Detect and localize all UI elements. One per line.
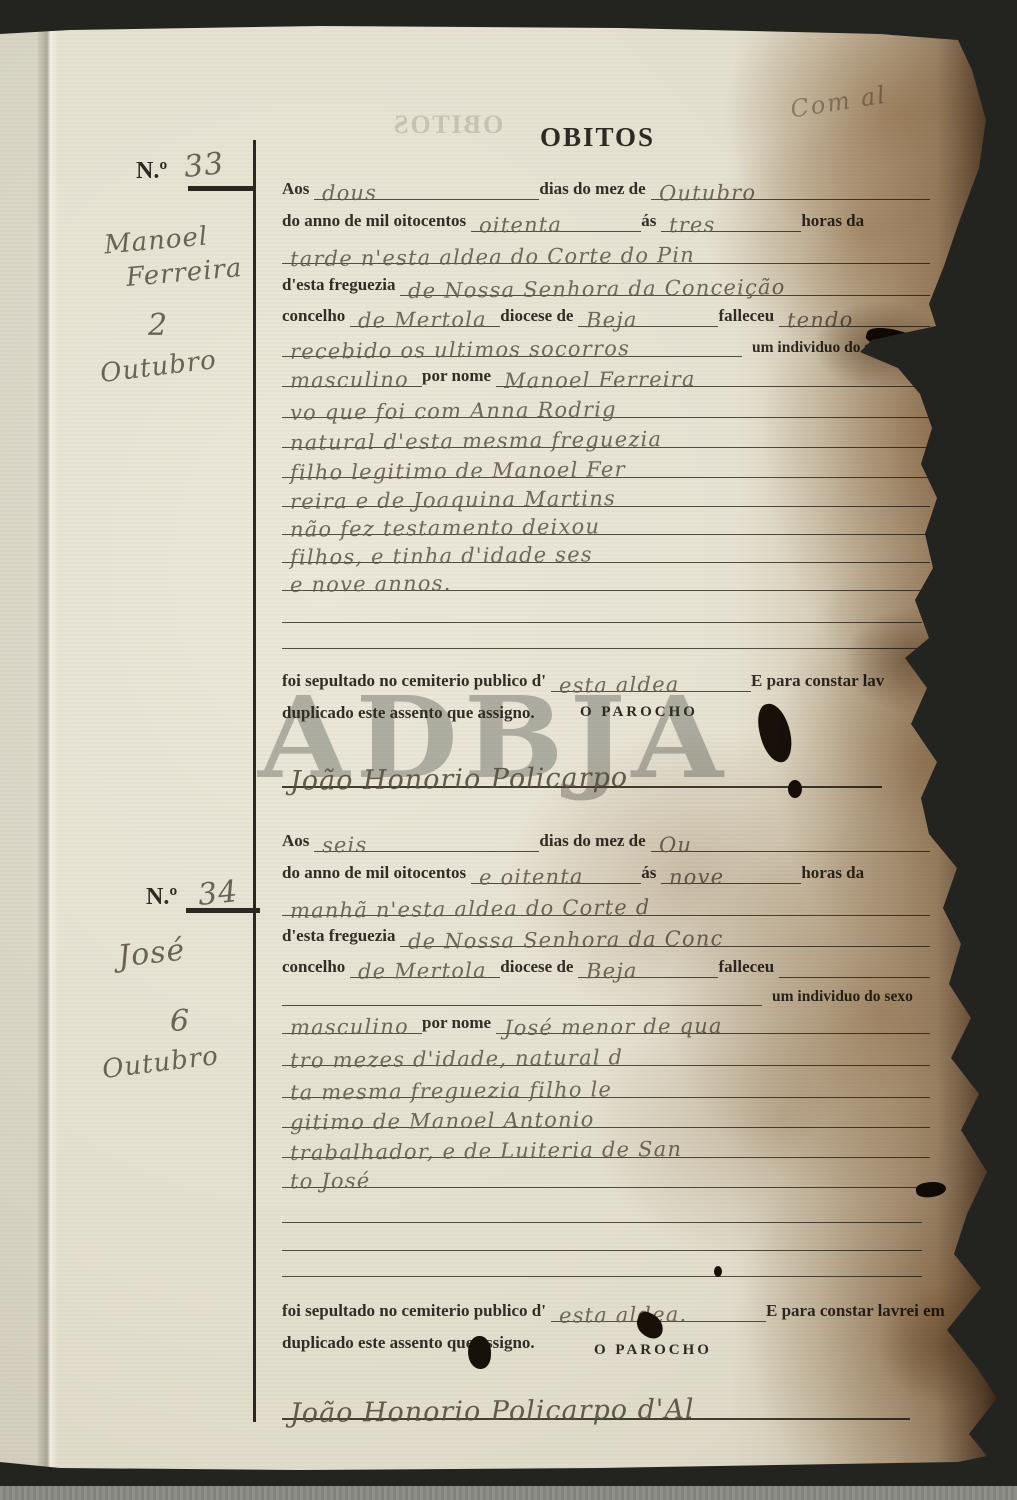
- r1-place-field: tarde n'esta aldea do Corte do Pin: [282, 234, 930, 264]
- label-constar-cut: E para constar lav: [751, 671, 889, 692]
- r2-place-field: manhã n'esta aldea do Corte d: [282, 886, 930, 916]
- r1-day-field: dous: [314, 170, 539, 200]
- label-constar: E para constar lavrei em: [766, 1301, 950, 1322]
- record2-margin-name: José: [116, 933, 187, 975]
- r1-body2-field: natural d'esta mesma freguezia: [282, 418, 930, 448]
- bleedthrough-title: OBITOS: [392, 110, 503, 140]
- r2-falleceu-field: [779, 948, 930, 978]
- r2-month-field: Ou: [651, 822, 930, 852]
- label-diocese: diocese de: [500, 957, 578, 978]
- document-page: OBITOS Com al OBITOS ADBJA N.º 33 Manoel…: [0, 0, 1017, 1500]
- r1-body-line: filho legitimo de Manoel Fer: [282, 448, 930, 478]
- label-aos: Aos: [282, 179, 314, 200]
- r1-body7: e nove annos.: [290, 571, 452, 597]
- r2-district-line: concelho de Mertola diocese de Beja fall…: [282, 948, 930, 978]
- label-duplicado: duplicado este assento que assigno.: [282, 703, 540, 724]
- r1-year-field: oitenta: [471, 202, 641, 232]
- r1-parish-line: d'esta freguezia de Nossa Senhora da Con…: [282, 266, 930, 296]
- r1-diocese-field: Beja: [578, 297, 718, 327]
- label-aos: Aos: [282, 831, 314, 852]
- label-anno: do anno de mil oitocentos: [282, 211, 471, 232]
- label-horas-da: horas da: [801, 211, 869, 232]
- r1-place-line: tarde n'esta aldea do Corte do Pin: [282, 234, 930, 264]
- r1-concelho-field: de Mertola: [350, 297, 500, 327]
- r2-body-line: to José: [282, 1158, 930, 1188]
- r1-month-field: Outubro: [651, 170, 930, 200]
- r1-burial-line: foi sepultado no cemiterio publico d' es…: [282, 662, 930, 692]
- r2-body3-field: gitimo de Manoel Antonio: [282, 1098, 930, 1128]
- corner-handwritten-note: Com al: [788, 81, 888, 124]
- r1-body7-field: e nove annos.: [282, 561, 930, 591]
- r2-signature-field: João Honorio Policarpo d'Al: [282, 1374, 910, 1420]
- r2-sex-field: masculino: [282, 1004, 422, 1034]
- ink-blot: [788, 780, 802, 798]
- r1-rites-field: recebido os ultimos socorros: [282, 327, 742, 357]
- r1-parocho-heading: O PAROCHO: [580, 704, 698, 721]
- r1-district-line: concelho de Mertola diocese de Beja fall…: [282, 297, 930, 327]
- r2-name-field: José menor de qua: [496, 1004, 930, 1034]
- r1-parish-field: de Nossa Senhora da Conceição: [400, 266, 930, 296]
- r1-body3-field: filho legitimo de Manoel Fer: [282, 448, 930, 478]
- r2-year-line: do anno de mil oitocentos e oitenta ás n…: [282, 854, 930, 884]
- blank-ruled-line: [282, 648, 922, 649]
- record2-margin-month: Outubro: [101, 1041, 221, 1085]
- r2-day-field: seis: [314, 822, 539, 852]
- r2-body5-field: to José: [282, 1158, 930, 1188]
- blank-ruled-line: [282, 1222, 922, 1223]
- label-as: ás: [641, 863, 661, 884]
- r2-body2-field: ta mesma freguezia filho le: [282, 1068, 930, 1098]
- record1-number-underline: [188, 186, 256, 191]
- scanner-book-edge: [0, 1486, 1017, 1500]
- record2-margin-day: 6: [170, 1004, 190, 1039]
- r1-body-line: filhos, e tinha d'idade ses: [282, 533, 930, 563]
- label-anno: do anno de mil oitocentos: [282, 863, 471, 884]
- ink-blot: [468, 1336, 491, 1369]
- r1-date-line: Aos dous dias do mez de Outubro: [282, 170, 930, 200]
- record1-margin-name2: Ferreira: [125, 253, 244, 293]
- r2-parish-line: d'esta freguezia de Nossa Senhora da Con…: [282, 917, 930, 947]
- r1-rites-line: recebido os ultimos socorros um individu…: [282, 327, 930, 357]
- form-left-rule: [253, 140, 256, 1422]
- r2-parocho-heading: O PAROCHO: [594, 1342, 712, 1359]
- r1-body4-field: reira e de Joaquina Martins: [282, 477, 930, 507]
- record2-number-underline: [186, 908, 260, 913]
- binding-crease: [38, 0, 58, 1500]
- underpage-edge: [0, 0, 38, 1500]
- record2-number-label: N.º: [146, 884, 177, 911]
- r1-body5-field: não fez testamento deixou: [282, 505, 930, 535]
- r2-year-field: e oitenta: [471, 854, 641, 884]
- page-title: OBITOS: [540, 122, 655, 153]
- r2-concelho-field: de Mertola: [350, 948, 500, 978]
- blank-ruled-line: [282, 622, 922, 623]
- r1-year-line: do anno de mil oitocentos oitenta ás tre…: [282, 202, 930, 232]
- r1-cemetery-field: esta aldea: [551, 662, 751, 692]
- r2-body-line: gitimo de Manoel Antonio: [282, 1098, 930, 1128]
- label-por-nome: por nome: [422, 366, 496, 387]
- r2-body-line: tro mezes d'idade, natural d: [282, 1036, 930, 1066]
- r1-body-line: e nove annos.: [282, 561, 930, 591]
- r1-body-line: não fez testamento deixou: [282, 505, 930, 535]
- label-freguezia: d'esta freguezia: [282, 275, 400, 296]
- label-horas-da: horas da: [801, 863, 869, 884]
- r2-name-line: masculino por nome José menor de qua: [282, 1004, 930, 1034]
- label-duplicado: duplicado este assento que assigno.: [282, 1333, 540, 1354]
- scanned-register-page: { "colors":{"paper":"#e7e3d4","backgroun…: [0, 0, 1017, 1500]
- record1-number-label: N.º: [136, 158, 167, 185]
- record1-margin-day: 2: [148, 308, 168, 343]
- r2-place-line: manhã n'esta aldea do Corte d: [282, 886, 930, 916]
- record1-margin-name: Manoel: [103, 222, 209, 261]
- label-sepultado: foi sepultado no cemiterio publico d': [282, 1301, 551, 1322]
- label-diocese: diocese de: [500, 306, 578, 327]
- r1-name-line: masculino por nome Manoel Ferreira: [282, 357, 930, 387]
- label-freguezia: d'esta freguezia: [282, 926, 400, 947]
- r2-body1-field: tro mezes d'idade, natural d: [282, 1036, 930, 1066]
- label-dias-do-mez: dias do mez de: [539, 831, 650, 852]
- r1-body-line: vo que foi com Anna Rodrig: [282, 388, 930, 418]
- r2-body-line: trabalhador, e de Luiteria de San: [282, 1128, 930, 1158]
- label-dias-do-mez: dias do mez de: [539, 179, 650, 200]
- r1-body-line: natural d'esta mesma freguezia: [282, 418, 930, 448]
- r2-diocese-field: Beja: [578, 948, 718, 978]
- ink-dot: [714, 1266, 722, 1277]
- r2-body5: to José: [290, 1169, 371, 1194]
- r1-name-field: Manoel Ferreira: [496, 357, 930, 387]
- label-falleceu: falleceu: [718, 306, 779, 327]
- label-as: ás: [641, 211, 661, 232]
- blank-ruled-line: [282, 1276, 922, 1277]
- r2-date-line: Aos seis dias do mez de Ou: [282, 822, 930, 852]
- label-falleceu: falleceu: [718, 957, 779, 978]
- record1-margin-month: Outubro: [99, 345, 219, 389]
- r2-signature: João Honorio Policarpo d'Al: [290, 1394, 695, 1429]
- r2-parish-field: de Nossa Senhora da Conc: [400, 917, 930, 947]
- label-sepultado: foi sepultado no cemiterio publico d': [282, 671, 551, 692]
- r2-blank-field: [282, 976, 762, 1006]
- r2-body-line: ta mesma freguezia filho le: [282, 1068, 930, 1098]
- r1-sex-field: masculino: [282, 357, 422, 387]
- r1-body-line: reira e de Joaquina Martins: [282, 477, 930, 507]
- r2-sex-intro-line: um individuo do sexo: [282, 976, 930, 1006]
- r2-body4-field: trabalhador, e de Luiteria de San: [282, 1128, 930, 1158]
- r1-body6-field: filhos, e tinha d'idade ses: [282, 533, 930, 563]
- r2-burial-line: foi sepultado no cemiterio publico d' es…: [282, 1292, 930, 1322]
- blank-ruled-line: [282, 1250, 922, 1251]
- label-concelho: concelho: [282, 957, 350, 978]
- r1-falleceu-field: tendo: [779, 297, 930, 327]
- r1-signature: João Honorio Policarpo: [290, 762, 628, 797]
- r1-body1-field: vo que foi com Anna Rodrig: [282, 388, 930, 418]
- r2-hour-field: nove: [661, 854, 801, 884]
- r2-signature-line: João Honorio Policarpo d'Al: [282, 1374, 910, 1420]
- label-concelho: concelho: [282, 306, 350, 327]
- r1-hour-field: tres: [661, 202, 801, 232]
- label-por-nome: por nome: [422, 1013, 496, 1034]
- record1-number: 33: [182, 146, 226, 185]
